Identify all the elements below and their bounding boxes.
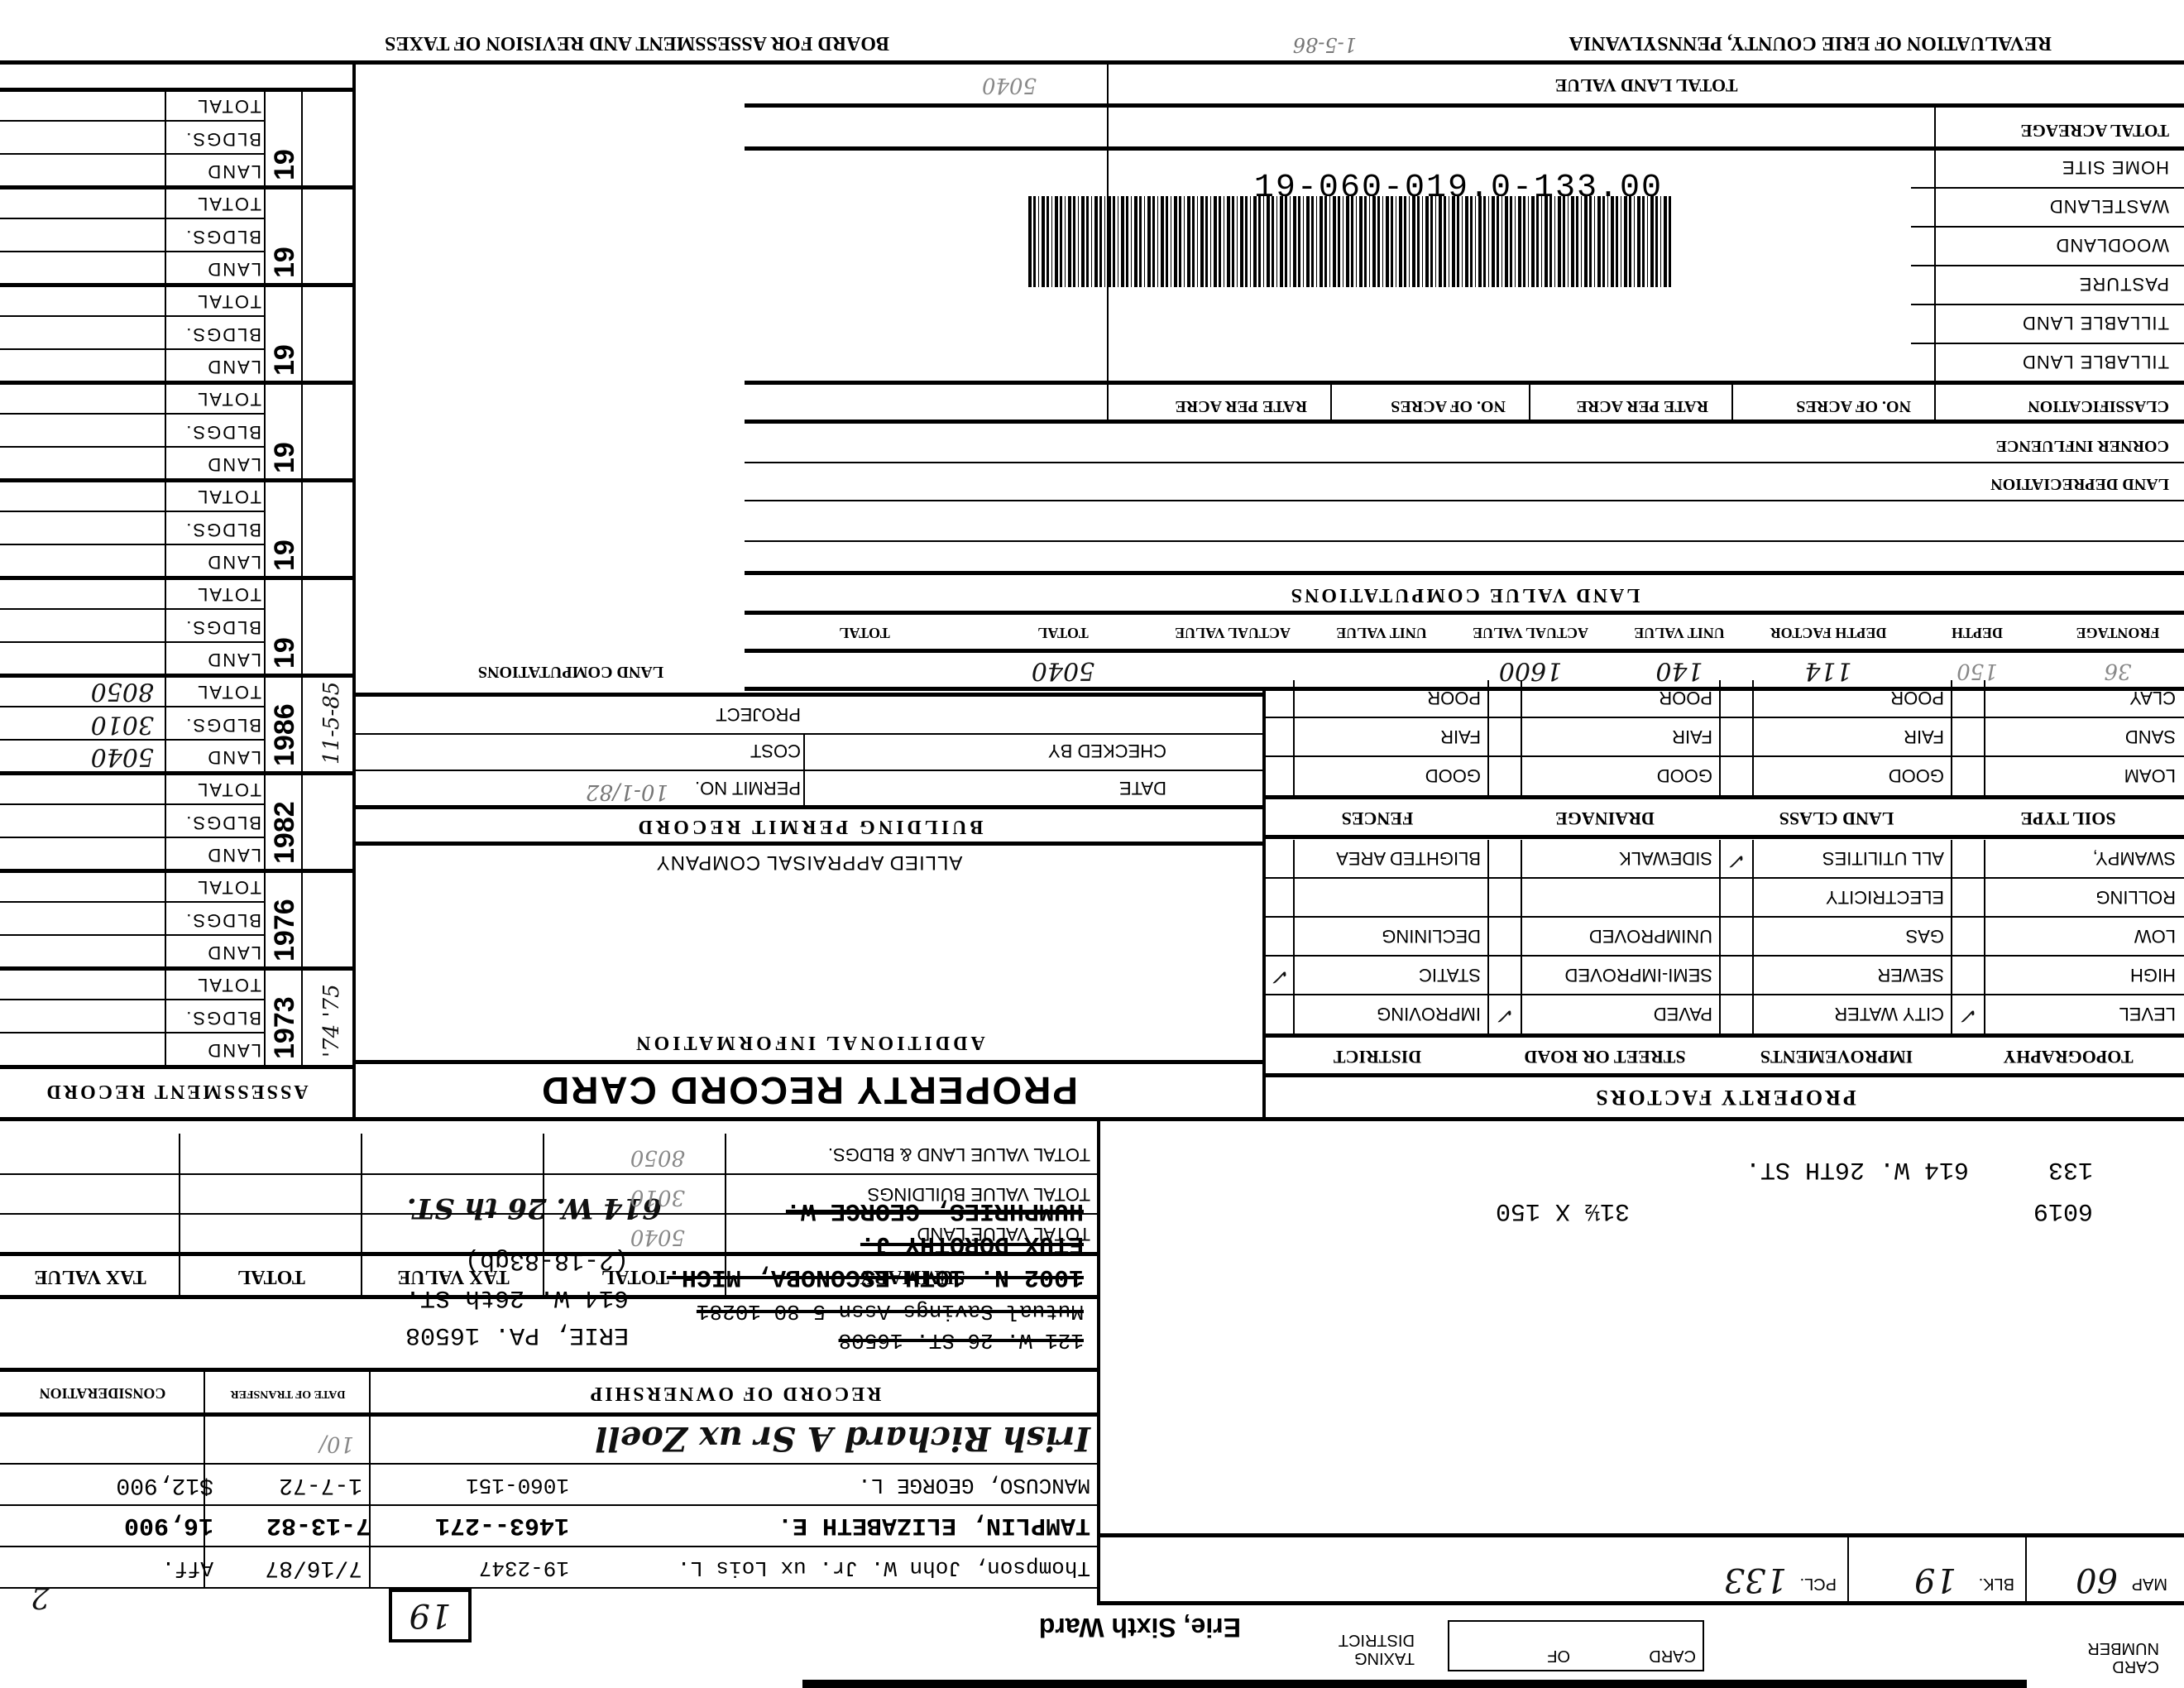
divider <box>264 968 266 1066</box>
card-label: CARD <box>1649 1646 1696 1665</box>
rule <box>0 1252 1099 1256</box>
rule <box>0 1504 1099 1506</box>
row-label-total: TOTAL <box>196 486 261 507</box>
assessment-blocks: LAND BLDGS. TOTAL 1973 '74 '75 LAND BLDG… <box>0 73 352 1066</box>
row-label-total: TOTAL <box>196 388 261 410</box>
col-depth-factor: DEPTH FACTOR <box>1754 616 1903 650</box>
opt-static: STATIC <box>1419 964 1481 985</box>
row-label-land: LAND <box>206 161 261 182</box>
divider <box>1330 384 1332 422</box>
opt-blighted-area: BLIGHTED AREA <box>1336 847 1481 869</box>
footer-section: MAP 60 BLK. 19 PCL. 133 <box>1100 1440 2184 1605</box>
row-tillable-2: TILLABLE LAND <box>2022 351 2169 372</box>
rule <box>0 837 266 838</box>
factors-header: TOPOGRAPHY IMPROVEMENTS STREET OR ROAD D… <box>1266 1039 2184 1074</box>
land-depreciation-label: LAND DEPRECIATION <box>1990 474 2169 493</box>
year-stamp: 19 <box>269 539 301 571</box>
opt-fe-fair: FAIR <box>1440 726 1481 747</box>
blk-value: 19 <box>1914 1561 1956 1599</box>
rule <box>1266 877 2184 879</box>
rule <box>1266 994 2184 995</box>
divider <box>264 578 266 675</box>
rule <box>0 348 266 350</box>
rule <box>1911 304 2184 305</box>
no-of-acres-1: NO. OF ACRES <box>1796 396 1911 415</box>
rule <box>0 999 266 1000</box>
owner-row-4-name: Thompson, John W. Jr. ux Lois L. <box>678 1556 1090 1580</box>
opt-dr-poor: POOR <box>1659 687 1712 708</box>
revaluation-title: REVALUATION OF ERIE COUNTY, PENNSYLVANIA <box>1569 31 2052 54</box>
rule <box>1266 916 2184 918</box>
col-street: STREET OR ROAD <box>1489 1039 1721 1074</box>
owner-row-2-consideration: $12,900 <box>116 1472 213 1498</box>
opt-sewer: SEWER <box>1877 964 1944 985</box>
row-label-total: TOTAL <box>196 681 261 703</box>
board-title: BOARD FOR ASSESSMENT AND REVISION OF TAX… <box>385 31 889 54</box>
divider <box>301 968 303 1066</box>
location-parcel: 133 <box>2048 1155 2093 1183</box>
col-soil-type: SOIL TYPE <box>1952 801 2184 836</box>
rule <box>745 381 2184 385</box>
classification-header: CLASSIFICATION <box>2028 396 2169 415</box>
assessment-record-title: ASSESSMENT RECORD <box>0 1072 352 1110</box>
land-value-computations: 36 150 114 140 1600 5040 FRONTAGE DEPTH … <box>745 534 2184 691</box>
year-stamp: 19 <box>269 442 301 473</box>
taxing-district-label: TAXING DISTRICT <box>1299 1631 1415 1667</box>
year-stamp: 19 <box>269 637 301 669</box>
row-label-land: LAND <box>206 551 261 573</box>
handwritten-date: 1-5-86 <box>1293 33 1357 56</box>
divider <box>1293 680 1295 796</box>
summary-row-buildings: TOTAL VALUE BUILDINGS <box>868 1183 1090 1205</box>
rule <box>0 1587 1099 1589</box>
divider <box>264 773 266 870</box>
assessment-record: ASSESSMENT RECORD LAND BLDGS. TOTAL 1973… <box>0 65 352 1117</box>
divider <box>1752 680 1754 796</box>
opt-rolling: ROLLING <box>2095 886 2176 908</box>
rule <box>1100 1601 2184 1605</box>
year-stamp: 19 <box>269 247 301 278</box>
row-label-bldgs: BLDGS. <box>184 812 261 833</box>
total-acreage-label: TOTAL ACREAGE <box>2020 120 2169 141</box>
ownership-consideration-col: CONSIDERATION <box>0 1374 205 1413</box>
card-number-label: CARD NUMBER <box>2060 1639 2159 1676</box>
divider <box>165 382 166 480</box>
owner-row-3-name: TAMPLIN, ELIZABETH E. <box>778 1511 1090 1539</box>
assessment-block: LAND BLDGS. TOTAL 1973 '74 '75 <box>0 968 352 1066</box>
divider <box>301 675 303 773</box>
divider <box>301 578 303 675</box>
divider <box>1719 840 1721 1034</box>
card-title: PROPERTY RECORD CARD <box>354 1066 1264 1115</box>
year-stamp: 19 <box>269 149 301 180</box>
summary-row-land: TOTAL VALUE LAND <box>917 1223 1090 1244</box>
row-label-total: TOTAL <box>196 290 261 312</box>
building-permit-title: BUILDING PERMIT RECORD <box>354 812 1264 842</box>
col-drainage: DRAINAGE <box>1489 801 1721 836</box>
rule <box>745 571 2184 575</box>
owner-row-2-name: MANCUSO, GEORGE L. <box>858 1473 1090 1498</box>
rule <box>0 120 266 122</box>
assessment-block: LAND BLDGS. TOTAL 1982 <box>0 773 352 870</box>
divider <box>165 578 166 675</box>
divider <box>1107 99 1109 422</box>
opt-lc-good: GOOD <box>1889 765 1944 786</box>
row-label-total: TOTAL <box>196 95 261 117</box>
map-value: 60 <box>2076 1561 2118 1599</box>
year-stamp: 1973 <box>269 996 301 1059</box>
opt-declining: DECLINING <box>1382 925 1481 947</box>
rule <box>0 1213 1099 1215</box>
opt-unimproved: UNIMPROVED <box>1589 925 1712 947</box>
opt-lc-fair: FAIR <box>1904 726 1944 747</box>
owner-row-1-date: 10/ <box>319 1431 354 1456</box>
blk-label: BLK. <box>1979 1574 2014 1593</box>
location-street: 614 W. 26TH ST. <box>1746 1155 1969 1183</box>
divider <box>301 285 303 382</box>
rule <box>0 446 266 448</box>
total-land-value-label: TOTAL LAND VALUE <box>1109 65 2184 106</box>
col-tax-value-2: TAX VALUE <box>0 1258 180 1296</box>
divider <box>803 735 805 809</box>
divider <box>264 382 266 480</box>
summary-row-land-bldgs: TOTAL VALUE LAND & BLDGS. <box>828 1144 1090 1165</box>
factor-options: LEVEL HIGH LOW ROLLING SWAMPY, CITY WATE… <box>1266 840 2184 1034</box>
summary-land-bldgs-total: 8050 <box>630 1145 685 1170</box>
rule <box>0 413 266 415</box>
location-dimensions: 31½ X 150 <box>1496 1196 1630 1225</box>
rule <box>0 88 352 92</box>
divider <box>264 480 266 578</box>
computations-header-row: FRONTAGE DEPTH DEPTH FACTOR UNIT VALUE A… <box>745 616 2184 650</box>
total-land-value-hand: 5040 <box>927 65 1092 106</box>
rate-per-acre-1: RATE PER ACRE <box>1576 396 1708 415</box>
rule <box>0 1368 1099 1372</box>
divider <box>2025 1537 2027 1605</box>
col-improvements: IMPROVEMENTS <box>1721 1039 1952 1074</box>
computations-title: LAND VALUE COMPUTATIONS <box>745 578 2184 611</box>
divider <box>1984 840 1985 1034</box>
row-label-bldgs: BLDGS. <box>184 324 261 345</box>
divider <box>1487 680 1489 796</box>
row-label-bldgs: BLDGS. <box>184 1007 261 1029</box>
soil-header: SOIL TYPE LAND CLASS DRAINAGE FENCES <box>1266 801 2184 836</box>
rule <box>0 218 266 219</box>
of-label: OF <box>1547 1646 1570 1665</box>
divider <box>1529 384 1530 422</box>
assessment-block: LAND BLDGS. TOTAL 1976 <box>0 870 352 968</box>
row-label-bldgs: BLDGS. <box>184 519 261 540</box>
divider <box>165 675 166 773</box>
year-side-note: 11-5-85 <box>319 682 344 765</box>
row-label-land: LAND <box>206 649 261 670</box>
boxed-number: 19 <box>389 1589 472 1642</box>
rule <box>0 251 266 252</box>
appraisal-company: ALLIED APPRAISAL COMPANY <box>354 847 1264 877</box>
rule <box>745 500 2184 501</box>
rule <box>0 1032 266 1033</box>
divider <box>264 675 266 773</box>
row-label-land: LAND <box>206 356 261 377</box>
rule <box>745 146 2184 151</box>
map-label: MAP <box>2132 1574 2167 1593</box>
divider <box>1934 149 1936 382</box>
row-woodland: WOODLAND <box>2055 234 2169 256</box>
opt-lc-poor: POOR <box>1890 687 1944 708</box>
col-tax-value-1: TAX VALUE <box>362 1258 544 1296</box>
divider <box>1847 1537 1849 1605</box>
col-summary: SUMMARY <box>726 1258 1099 1296</box>
owner-row-4-date: 7/16/87 <box>265 1555 362 1580</box>
rule <box>1911 187 2184 189</box>
row-label-total: TOTAL <box>196 779 261 800</box>
property-factors-title: PROPERTY FACTORS <box>1266 1079 2184 1115</box>
rule <box>0 739 266 741</box>
divider <box>369 1372 371 1589</box>
total-value-2 <box>761 653 968 689</box>
assessed-land: 5040 <box>91 742 154 771</box>
col-depth: DEPTH <box>1903 616 2052 650</box>
rule <box>1911 343 2184 344</box>
divider <box>352 65 356 1117</box>
assessment-block: LAND BLDGS. TOTAL 19 <box>0 382 352 480</box>
project-label: PROJECT <box>716 703 801 725</box>
divider <box>1521 680 1522 796</box>
rule <box>0 153 266 155</box>
owner-row-2-deed: 1060-151 <box>466 1473 569 1498</box>
row-label-land: LAND <box>206 942 261 963</box>
location-code: 6019 <box>2033 1196 2093 1225</box>
row-wasteland: WASTELAND <box>2049 195 2169 217</box>
owner-row-3-date: 7-13-82 <box>266 1511 371 1539</box>
row-pasture: PASTURE <box>2079 273 2169 295</box>
assessment-block: LAND BLDGS. TOTAL 19 <box>0 187 352 285</box>
permit-no-label: PERMIT NO. <box>695 777 801 798</box>
opt-gas: GAS <box>1906 925 1944 947</box>
additional-info-title: ADDITIONAL INFORMATION <box>354 1028 1264 1057</box>
divider <box>165 773 166 870</box>
property-factors-section: PROPERTY FACTORS TOPOGRAPHY IMPROVEMENTS… <box>1266 687 2184 1117</box>
divider <box>1719 680 1721 796</box>
rule <box>1911 226 2184 228</box>
col-district: DISTRICT <box>1266 1039 1489 1074</box>
row-label-bldgs: BLDGS. <box>184 226 261 247</box>
row-label-land: LAND <box>206 258 261 280</box>
check-paved-icon: ✓ <box>1497 1003 1516 1028</box>
divider <box>1487 840 1489 1034</box>
year-stamp: 1976 <box>269 899 301 961</box>
divider <box>1934 108 1936 149</box>
check-static-icon: ✓ <box>1272 964 1291 989</box>
divider <box>301 382 303 480</box>
row-label-total: TOTAL <box>196 193 261 214</box>
rule <box>1266 755 2184 757</box>
date-label: DATE <box>1119 777 1166 798</box>
summary-buildings-total: 3010 <box>630 1185 685 1210</box>
owner-row-4-consideration: Aff. <box>162 1556 213 1580</box>
checked-by-label: CHECKED BY <box>1048 740 1166 761</box>
opt-paved: PAVED <box>1654 1003 1712 1024</box>
opt-improving: IMPROVING <box>1377 1003 1481 1024</box>
row-label-bldgs: BLDGS. <box>184 909 261 931</box>
card-of-box: CARD OF <box>1448 1620 1704 1671</box>
owner-row-3-consideration: 16,900 <box>124 1511 213 1539</box>
total-value-1: 5040 <box>968 653 1158 689</box>
divider <box>301 89 303 187</box>
check-all-utilities-icon: ✓ <box>1729 848 1747 873</box>
assessed-total: 8050 <box>91 677 154 706</box>
divider <box>264 870 266 968</box>
row-label-total: TOTAL <box>196 583 261 605</box>
no-of-acres-2: NO. OF ACRES <box>1391 396 1506 415</box>
divider <box>361 1134 362 1299</box>
divider <box>165 89 166 187</box>
assessment-block: LAND BLDGS. TOTAL 19 <box>0 480 352 578</box>
opt-fe-good: GOOD <box>1425 765 1481 786</box>
opt-dr-fair: FAIR <box>1672 726 1712 747</box>
year-stamp: 1982 <box>269 801 301 864</box>
row-label-land: LAND <box>206 1039 261 1061</box>
rule <box>0 706 266 707</box>
rule <box>1100 1533 2184 1537</box>
rule <box>1911 265 2184 266</box>
cost-label: COST <box>750 740 801 761</box>
divider <box>1293 840 1295 1034</box>
row-label-land: LAND <box>206 844 261 866</box>
opt-semi-improved: SEMI-IMPROVED <box>1565 964 1712 985</box>
ownership-table: Thompson, John W. Jr. ux Lois L. 19-2347… <box>0 1299 1099 1605</box>
row-label-bldgs: BLDGS. <box>184 616 261 638</box>
rule <box>0 1173 1099 1175</box>
permit-no-value: 10-1/82 <box>586 779 668 804</box>
rule <box>0 641 266 643</box>
summary-table: SUMMARY TOTAL TAX VALUE TOTAL TAX VALUE … <box>0 1121 1099 1299</box>
owner-row-2-date: 1-7-72 <box>279 1472 362 1498</box>
divider <box>1521 840 1522 1034</box>
summary-header: SUMMARY TOTAL TAX VALUE TOTAL TAX VALUE <box>0 1258 1099 1296</box>
col-total: TOTAL <box>968 616 1158 650</box>
assessment-block: LAND BLDGS. TOTAL 19 <box>0 285 352 382</box>
col-total-1: TOTAL <box>544 1258 726 1296</box>
divider <box>301 773 303 870</box>
col-land-class: LAND CLASS <box>1721 801 1952 836</box>
summary-land-total: 5040 <box>630 1225 685 1249</box>
assessed-bldgs: 3010 <box>91 710 154 739</box>
ownership-title: RECORD OF OWNERSHIP <box>371 1374 1099 1413</box>
district-stamp: Erie, Sixth Ward <box>1039 1612 1241 1642</box>
assessment-block: LAND BLDGS. TOTAL 19 <box>0 578 352 675</box>
divider <box>725 1134 726 1299</box>
col-total-2: TOTAL <box>180 1258 362 1296</box>
divider <box>165 285 166 382</box>
rule <box>0 511 266 512</box>
col-fences: FENCES <box>1266 801 1489 836</box>
rule <box>354 842 1264 846</box>
rule <box>354 805 1264 809</box>
rate-per-acre-2: RATE PER ACRE <box>1175 396 1307 415</box>
rule <box>0 315 266 317</box>
rule <box>745 103 2184 108</box>
opt-level: LEVEL <box>2119 1003 2177 1024</box>
row-label-bldgs: BLDGS. <box>184 128 261 150</box>
col-unit-value: UNIT VALUE <box>1605 616 1754 650</box>
row-label-total: TOTAL <box>196 974 261 995</box>
col-actual-value-2: ACTUAL VALUE <box>1158 616 1307 650</box>
owner-row-4-deed: 19-2347 <box>479 1556 569 1580</box>
year-stamp: 19 <box>269 344 301 376</box>
divider <box>264 89 266 187</box>
opt-electricity: ELECTRICITY <box>1826 886 1944 908</box>
divider <box>165 968 166 1066</box>
divider <box>1951 840 1952 1034</box>
top-bar <box>802 1680 2027 1688</box>
opt-all-utilities: ALL UTILITIES <box>1822 847 1944 869</box>
rule <box>354 770 1264 771</box>
opt-low: LOW <box>2134 925 2176 947</box>
divider <box>165 870 166 968</box>
divider <box>543 1134 544 1299</box>
opt-sand: SAND <box>2125 726 2176 747</box>
rule <box>354 733 1264 735</box>
assessment-block: LAND BLDGS. TOTAL 19 <box>0 89 352 187</box>
divider <box>165 187 166 285</box>
rule <box>0 1546 1099 1547</box>
rule <box>0 608 266 610</box>
opt-sidewalk: SIDEWALK <box>1619 847 1712 869</box>
divider <box>165 480 166 578</box>
opt-dr-good: GOOD <box>1657 765 1712 786</box>
corner-influence-label: CORNER INFLUENCE <box>1996 436 2169 455</box>
check-level-icon: ✓ <box>1961 1003 1979 1028</box>
divider <box>264 187 266 285</box>
owner-row-3-deed: 1463--271 <box>435 1511 569 1539</box>
row-label-bldgs: BLDGS. <box>184 421 261 443</box>
year-stamp: 1986 <box>269 703 301 766</box>
col-topography: TOPOGRAPHY <box>1952 1039 2184 1074</box>
col-actual-value: ACTUAL VALUE <box>1456 616 1605 650</box>
opt-clay: CLAY <box>2129 687 2176 708</box>
opt-city-water: CITY WATER <box>1834 1003 1944 1024</box>
row-label-land: LAND <box>206 453 261 475</box>
assessment-block: LAND BLDGS. TOTAL 5040 3010 8050 1986 11… <box>0 675 352 773</box>
opt-high: HIGH <box>2130 964 2176 985</box>
col-total-2: TOTAL <box>761 616 968 650</box>
divider <box>1951 680 1952 796</box>
rule <box>0 901 266 903</box>
col-frontage: FRONTAGE <box>2052 616 2184 650</box>
col-unit-value-2: UNIT VALUE <box>1307 616 1456 650</box>
rule <box>0 934 266 936</box>
row-home-site: HOME SITE <box>2062 156 2169 178</box>
rule <box>745 462 2184 463</box>
rule <box>0 1463 1099 1465</box>
row-label-bldgs: BLDGS. <box>184 714 261 736</box>
soil-options: LOAM SAND CLAY GOOD FAIR POOR GOOD FAIR … <box>1266 680 2184 796</box>
divider <box>301 480 303 578</box>
property-record-card: REVALUATION OF ERIE COUNTY, PENNSYLVANIA… <box>0 0 2184 1688</box>
rule <box>1266 717 2184 718</box>
divider <box>1752 840 1754 1034</box>
divider <box>264 285 266 382</box>
rule <box>745 420 2184 424</box>
divider <box>301 870 303 968</box>
year-side-note: '74 '75 <box>319 984 344 1057</box>
middle-section: PROPERTY RECORD CARD ADDITIONAL INFORMAT… <box>354 691 1264 1117</box>
ownership-date-col: DATE OF TRANSFER <box>205 1374 371 1413</box>
pcl-label: PCL. <box>1800 1574 1837 1593</box>
divider <box>1934 384 1936 422</box>
rule <box>354 1060 1264 1064</box>
